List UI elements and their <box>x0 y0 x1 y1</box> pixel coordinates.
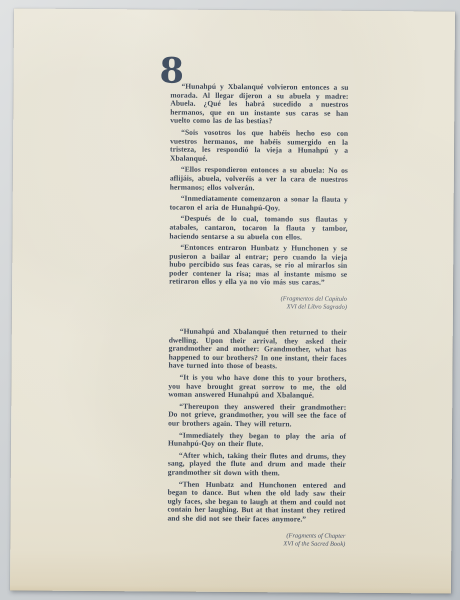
english-attribution: (Fragments of Chapter XVI of the Sacred … <box>167 531 345 548</box>
spanish-paragraph: “Inmediatamente comenzaron a sonar la fl… <box>170 195 348 213</box>
text-column: “Hunahpú y Xbalanqué volvieron entonces … <box>167 83 348 549</box>
spanish-section: “Hunahpú y Xbalanqué volvieron entonces … <box>169 83 349 312</box>
spanish-paragraph: “Ellos respondieron entonces a su abuela… <box>170 166 348 193</box>
english-attribution-line: XVI of the Sacred Book) <box>167 539 345 548</box>
spanish-paragraph: “Después de lo cual, tomando sus flautas… <box>169 215 347 242</box>
english-paragraph: “Then Hunbatz and Hunchonen entered and … <box>167 480 345 524</box>
english-paragraph: “Thereupon they answered their grandmoth… <box>168 402 346 429</box>
english-paragraph: “It is you who have done this to your br… <box>168 374 346 401</box>
english-paragraph: “Hunahpú and Xbalanqué then returned to … <box>169 328 347 372</box>
spanish-paragraph: “Sois vosotros los que habéis hecho eso … <box>170 129 348 165</box>
spanish-paragraph: “Hunahpú y Xbalanqué volvieron entonces … <box>170 83 348 127</box>
spanish-attribution: (Fragmentos del Capítulo XVI del Libro S… <box>169 295 347 312</box>
page-sheet: 8 “Hunahpú y Xbalanqué volvieron entonce… <box>10 8 455 593</box>
spanish-attribution-line: XVI del Libro Sagrado) <box>169 303 347 312</box>
english-paragraph: “After which, taking their flutes and dr… <box>168 451 346 478</box>
english-paragraph: “Immediately they began to play the aria… <box>168 431 346 449</box>
english-section: “Hunahpú and Xbalanqué then returned to … <box>167 328 347 549</box>
spanish-paragraph: “Entonces entraron Hunbatz y Hunchonen y… <box>169 244 347 288</box>
